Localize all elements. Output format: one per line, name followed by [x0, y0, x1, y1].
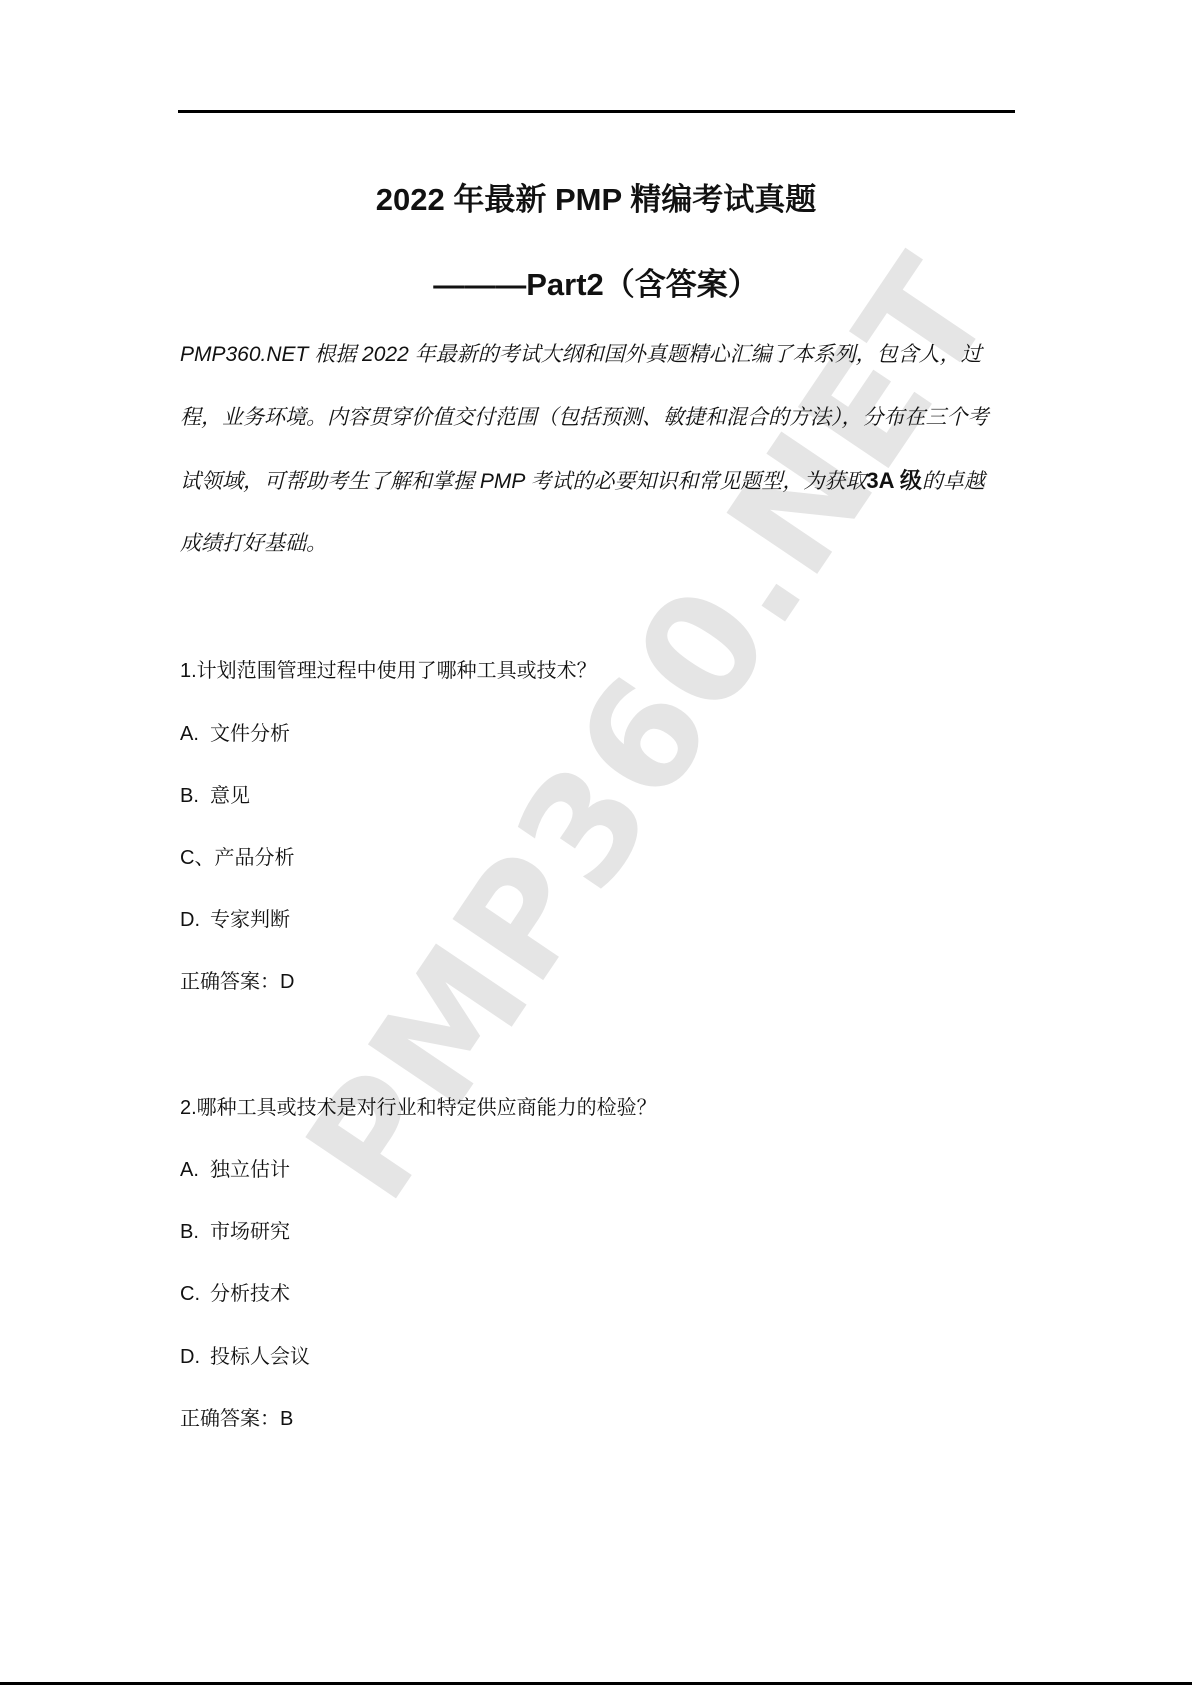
option-text: 分析技术 [210, 1283, 290, 1305]
option-text: 文件分析 [210, 723, 290, 745]
intro-line: 程，业务环境。内容贯穿价值交付范围（包括预测、敏捷和混合的方法），分布在三个考 [180, 400, 1020, 463]
question-2-text: 2.哪种工具或技术是对行业和特定供应商能力的检验？ [180, 1095, 657, 1121]
intro-text: 试领域，可帮助考生了解和掌握 PMP 考试的必要知识和常见题型，为获取 [180, 470, 866, 493]
intro-text: 程，业务环境。内容贯穿价值交付范围（包括预测、敏捷和混合的方法），分布在三个考 [180, 406, 989, 429]
question-1-option-d: D.专家判断 [180, 907, 290, 933]
option-text: 产品分析 [214, 847, 294, 869]
document-title: 2022 年最新 PMP 精编考试真题 [0, 180, 1192, 220]
intro-line: 成绩打好基础。 [180, 526, 1020, 589]
intro-line: 试领域，可帮助考生了解和掌握 PMP 考试的必要知识和常见题型，为获取3A 级的… [180, 463, 1020, 526]
question-1-option-c: C、产品分析 [180, 845, 294, 871]
option-letter: C. [180, 1281, 210, 1307]
question-2-option-b: B.市场研究 [180, 1219, 290, 1245]
question-1-text: 1.计划范围管理过程中使用了哪种工具或技术？ [180, 658, 597, 684]
option-letter: B. [180, 1219, 210, 1245]
option-letter: B. [180, 783, 210, 809]
question-1-answer: 正确答案：D [180, 969, 294, 995]
intro-paragraph: PMP360.NET 根据 2022 年最新的考试大纲和国外真题精心汇编了本系列… [180, 337, 1020, 589]
intro-emphasis: 3A 级 [866, 468, 921, 493]
option-text: 投标人会议 [210, 1346, 310, 1368]
option-text: 专家判断 [210, 909, 290, 931]
question-2-option-d: D.投标人会议 [180, 1344, 310, 1370]
document-subtitle: ———Part2（含答案） [0, 265, 1192, 305]
intro-text: PMP360.NET 根据 2022 年最新的考试大纲和国外真题精心汇编了本系列… [180, 343, 982, 366]
option-letter: A. [180, 1157, 210, 1183]
intro-line: PMP360.NET 根据 2022 年最新的考试大纲和国外真题精心汇编了本系列… [180, 337, 1020, 400]
document-page: 2022 年最新 PMP 精编考试真题 ———Part2（含答案） PMP360… [0, 0, 1192, 1685]
option-text: 意见 [210, 785, 250, 807]
option-letter: D. [180, 1344, 210, 1370]
option-letter: C、 [180, 845, 214, 871]
intro-text: 的卓越 [922, 470, 985, 493]
question-2-answer: 正确答案：B [180, 1406, 293, 1432]
option-letter: A. [180, 721, 210, 747]
question-2-option-c: C.分析技术 [180, 1281, 290, 1307]
option-text: 独立估计 [210, 1159, 290, 1181]
option-letter: D. [180, 907, 210, 933]
question-1-option-a: A.文件分析 [180, 721, 290, 747]
question-2-option-a: A.独立估计 [180, 1157, 290, 1183]
option-text: 市场研究 [210, 1221, 290, 1243]
intro-text: 成绩打好基础。 [180, 532, 327, 555]
question-1-option-b: B.意见 [180, 783, 250, 809]
